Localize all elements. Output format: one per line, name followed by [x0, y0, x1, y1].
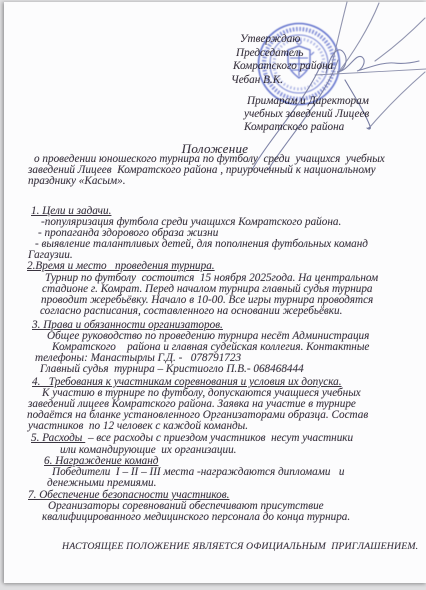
approval-block: Утверждаю Председатель Комратского район… [231, 33, 333, 87]
section-5-line: 5. Расходы – все расходы с приездом учас… [31, 433, 353, 444]
footer-statement: НАСТОЯЩЕЕ ПОЛОЖЕНИЕ ЯВЛЯЕТСЯ ОФИЦИАЛЬНЫМ… [62, 541, 418, 552]
addressee-block: Примарам и Директорам учебных заведений … [244, 95, 369, 135]
approval-line: Чебан В.К. [231, 74, 333, 88]
addressee-line: учебных заведений Лицеев [244, 108, 369, 121]
body-line: согласно расписания, составленного на ос… [40, 306, 342, 317]
body-line: или командирующие их организации. [60, 445, 236, 456]
document-page: Утверждаю Председатель Комратского район… [4, 2, 426, 583]
section-2-heading: 2.Время и место проведения турнира. [27, 261, 215, 272]
body-line: Турнир по футболу состоится 15 ноября 20… [45, 273, 378, 284]
approval-line: Председатель [236, 47, 333, 61]
addressee-line: Примарам и Директорам [247, 95, 369, 108]
body-line: - выявление талантливых детей, для попол… [35, 239, 368, 250]
addressee-line: Комратского района [244, 121, 369, 134]
section-5-text: – все расходы с приездом участников несу… [85, 432, 353, 444]
section-5-heading: 5. Расходы [31, 432, 85, 444]
intro-line: празднику «Касым». [28, 176, 385, 187]
section-6-heading: 6. Награждение команд [44, 456, 158, 467]
intro-paragraph: о проведении юношеского турнира по футбо… [28, 154, 385, 187]
body-line: проводит жеребьёвку. Начало в 10-00. Все… [41, 295, 373, 306]
photo-background: Утверждаю Председатель Комратского район… [0, 0, 426, 590]
approval-line: Комратского района [233, 60, 333, 74]
body-line: Главный судья турнира – Кристиогло П.В.-… [40, 364, 304, 375]
body-line: Победители I – II – III места -награждаю… [52, 467, 344, 478]
body-line: стадионе г. Комрат. Перед началом турнир… [42, 284, 373, 295]
body-line: денежными премиями. [47, 478, 156, 489]
approval-line: Утверждаю [240, 33, 333, 47]
body-line: участников по 12 человек с каждой команд… [28, 421, 248, 432]
body-line: квалифицированного медицинского персонал… [42, 512, 350, 523]
